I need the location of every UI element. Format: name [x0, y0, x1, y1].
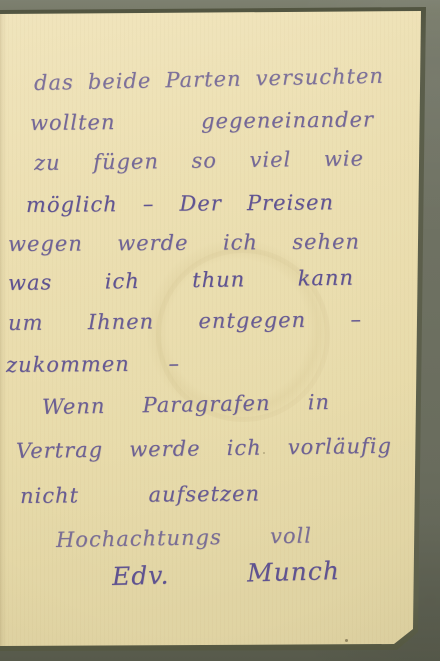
handwriting-line-9: Wenn Paragrafen in: [42, 387, 330, 422]
letter-paper: das beide Parten versuchten wollten gege…: [0, 0, 440, 661]
handwriting-line-2: wollten gegeneinander: [30, 104, 374, 138]
handwriting-line-5: wegen werde ich sehen: [8, 227, 360, 259]
letter-photograph: das beide Parten versuchten wollten gege…: [0, 0, 440, 661]
handwriting-line-11: nicht aufsetzen: [20, 478, 260, 511]
handwriting-line-8: zukommen –: [6, 348, 180, 380]
signature-line: Edv. Munch: [112, 556, 341, 592]
handwriting-line-6: was ich thun kann: [8, 263, 354, 298]
handwriting-line-4: möglich – Der Preisen: [26, 187, 334, 220]
paper-speck: [345, 639, 348, 642]
handwriting-line-7: um Ihnen entgegen –: [8, 304, 362, 338]
handwriting-line-10: Vertrag werde ich vorläufig: [16, 431, 392, 466]
handwriting-line-3: zu fügen so viel wie: [34, 143, 364, 178]
handwriting-line-1: das beide Parten versuchten: [34, 61, 385, 98]
closing-line: Hochachtungs voll: [56, 521, 312, 555]
